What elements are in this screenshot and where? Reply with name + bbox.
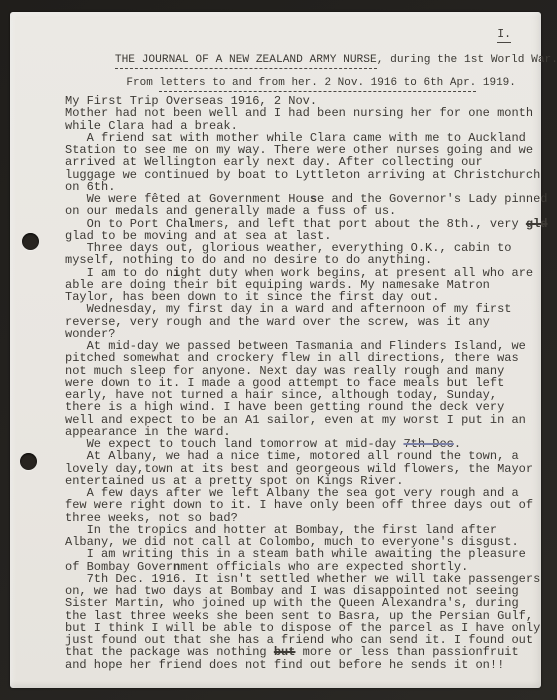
typed-line: luggage we continued by boat to Lyttleto… [65, 169, 533, 181]
typed-segment: reverse, very rough and the ward over th… [65, 315, 490, 329]
document-body: My First Trip Overseas 1916, 2 Nov.Mothe… [65, 95, 533, 671]
hole-punch-bottom [20, 453, 37, 470]
hole-punch-top [22, 233, 39, 250]
typed-segment: and hope her friend does not find out be… [65, 658, 504, 672]
journal-page: I. THE JOURNAL OF A NEW ZEALAND ARMY NUR… [10, 12, 541, 688]
typed-segment: luggage we continued by boat to Lyttleto… [65, 168, 540, 182]
page-subtitle-underlined: letters to and from her. 2 Nov. 1916 to … [159, 77, 476, 92]
page-subtitle-lead: From [126, 77, 159, 89]
typed-segment-strike-type: gld [526, 217, 548, 231]
page-subtitle-rest: 1919. [476, 77, 516, 89]
typed-line: reverse, very rough and the ward over th… [65, 316, 533, 328]
typed-line: and hope her friend does not find out be… [65, 659, 533, 671]
